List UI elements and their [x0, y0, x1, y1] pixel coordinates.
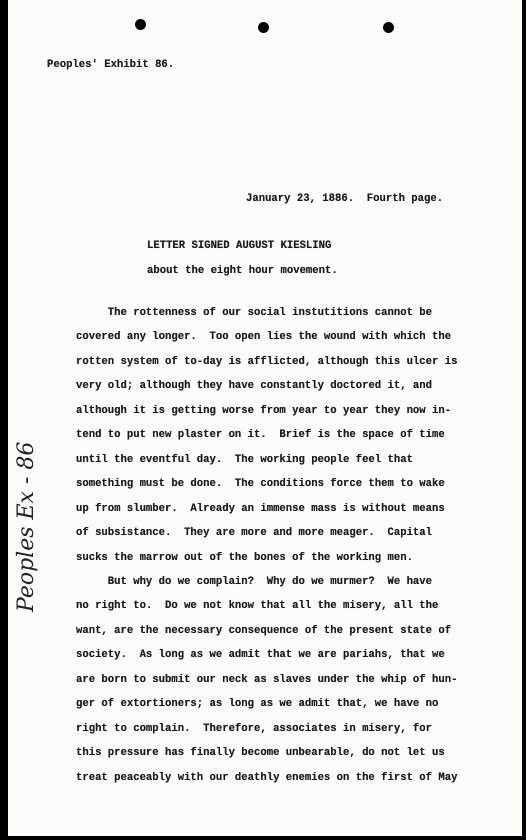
punch-hole-icon	[258, 22, 269, 33]
margin-annotation: Peoples Ex - 86	[14, 432, 39, 612]
body-line: up from slumber. Already an immense mass…	[76, 504, 445, 515]
body-line: very old; although they have constantly …	[76, 381, 432, 392]
document-subtitle: about the eight hour movement.	[147, 266, 338, 277]
margin-annotation-container: Peoples Ex - 86	[8, 612, 38, 613]
body-line: tend to put new plaster on it. Brief is …	[76, 430, 445, 441]
body-line: covered any longer. Too open lies the wo…	[76, 332, 451, 343]
date-line: January 23, 1886. Fourth page.	[246, 194, 443, 205]
body-line: rotten system of to-day is afflicted, al…	[76, 357, 457, 368]
document-title: LETTER SIGNED AUGUST KIESLING	[147, 241, 331, 252]
body-line: want, are the necessary consequence of t…	[76, 626, 451, 637]
body-line: The rottenness of our social instutition…	[76, 308, 432, 319]
punch-hole-icon	[383, 22, 394, 33]
body-line: sucks the marrow out of the bones of the…	[76, 553, 413, 564]
punch-hole-icon	[135, 19, 146, 30]
body-line: ger of extortioners; as long as we admit…	[76, 699, 438, 710]
body-line: treat peaceably with our deathly enemies…	[76, 773, 457, 784]
body-line: something must be done. The conditions f…	[76, 479, 445, 490]
body-line: society. As long as we admit that we are…	[76, 650, 445, 661]
body-line: this pressure has finally become unbeara…	[76, 748, 445, 759]
exhibit-label: Peoples' Exhibit 86.	[47, 60, 174, 71]
body-line: although it is getting worse from year t…	[76, 406, 451, 417]
body-line: of subsistance. They are more and more m…	[76, 528, 432, 539]
document-page: Peoples' Exhibit 86. January 23, 1886. F…	[8, 0, 522, 836]
body-line: until the eventful day. The working peop…	[76, 455, 413, 466]
body-line: no right to. Do we not know that all the…	[76, 601, 438, 612]
body-line: But why do we complain? Why do we murmer…	[76, 577, 432, 588]
body-line: right to complain. Therefore, associates…	[76, 724, 432, 735]
body-line: are born to submit our neck as slaves un…	[76, 675, 457, 686]
